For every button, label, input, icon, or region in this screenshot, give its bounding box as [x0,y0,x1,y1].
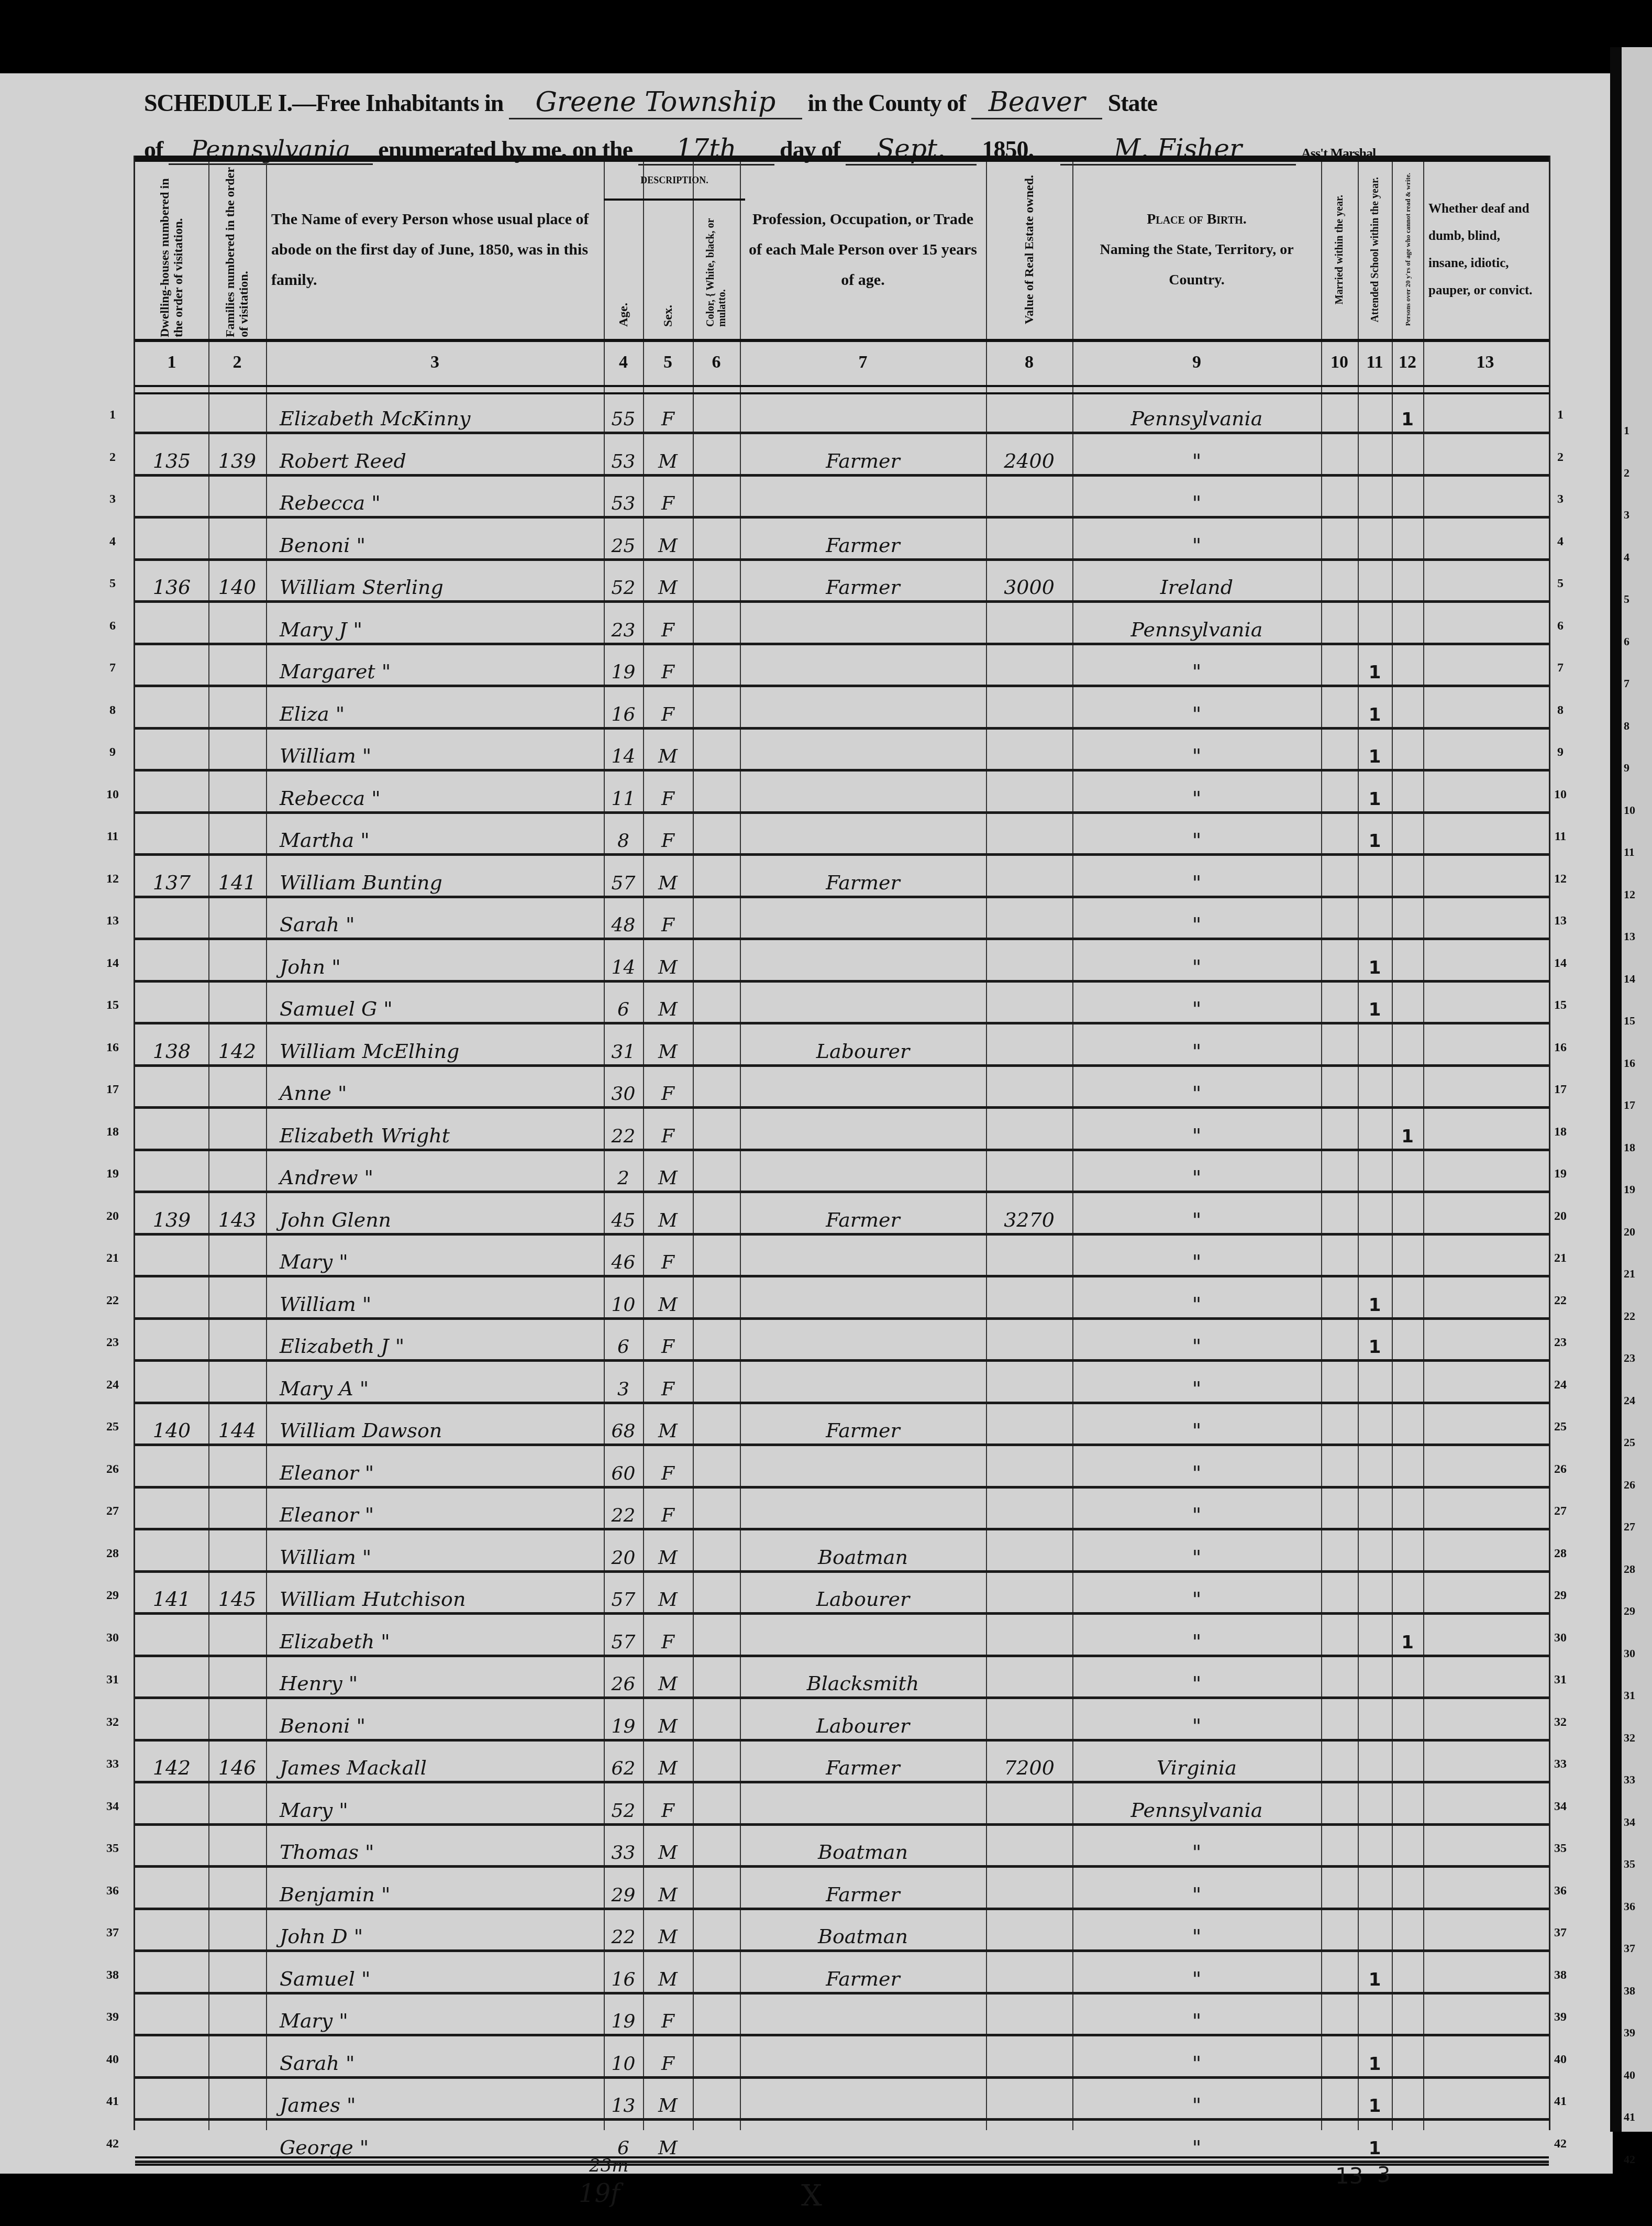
table-row: John D "22MBoatman" [135,1910,1549,1952]
cell-dwelling [135,1320,208,1361]
cell-birthplace: Pennsylvania [1072,1784,1321,1825]
township-field: Greene Township [509,86,802,119]
colnum-2: 2 [208,344,266,381]
cell-sex: M [643,1657,693,1698]
cell-occupation: Farmer [740,1404,986,1445]
cell-occupation: Farmer [740,435,986,476]
cell-dwelling [135,519,208,560]
cell-family [208,477,266,517]
cell-illiterate [1392,1278,1423,1319]
header-birthplace: Place of Birth. Naming the State, Territ… [1072,162,1321,337]
cell-name: Benoni " [266,519,604,560]
cell-school [1358,1067,1392,1108]
line-number-right: 19 [1550,1167,1571,1181]
row-rule [135,1064,1549,1067]
cell-name: John D " [266,1910,604,1951]
cell-birthplace: " [1072,983,1321,1023]
line-number-right: 11 [1550,830,1571,844]
cell-occupation [740,1320,986,1361]
line-number: 4 [102,535,123,549]
line-number: 14 [102,956,123,971]
cell-dwelling [135,1868,208,1909]
cell-name: Henry " [266,1657,604,1698]
colnum-3: 3 [266,344,604,381]
cell-illiterate [1392,1025,1423,1066]
adjacent-line-number: 40 [1624,2068,1635,2082]
cell-real-estate [986,392,1072,433]
cell-dwelling: 137 [135,856,208,897]
table-row: 137141William Bunting57MFarmer" [135,856,1549,898]
row-rule [135,643,1549,645]
tally-mark-x: X [801,2179,822,2213]
adjacent-line-number: 13 [1624,930,1635,943]
cell-school [1358,603,1392,644]
line-number: 28 [102,1547,123,1561]
cell-sex: F [643,1067,693,1108]
cell-real-estate [986,983,1072,1023]
cell-age: 11 [604,772,643,813]
description-rule [604,199,745,201]
cell-real-estate [986,603,1072,644]
cell-name: George " [266,2121,604,2162]
adjacent-line-number: 6 [1624,635,1629,648]
table-row: Anne "30F" [135,1067,1549,1109]
cell-illiterate [1392,1489,1423,1529]
line-number-right: 37 [1550,1926,1571,1940]
tally-females: 19f [579,2179,620,2208]
line-number: 37 [102,1926,123,1940]
adjacent-line-number: 18 [1624,1141,1635,1154]
table-row: Samuel "16MFarmer"1 [135,1953,1549,1994]
cell-family [208,772,266,813]
cell-sex: M [643,1573,693,1614]
line-number-right: 15 [1550,998,1571,1012]
cell-age: 31 [604,1025,643,1066]
cell-age: 6 [604,983,643,1023]
line-number-right: 14 [1550,956,1571,971]
cell-birthplace: " [1072,1994,1321,2035]
cell-sex: F [643,2037,693,2078]
cell-occupation [740,1362,986,1403]
line-number-right: 29 [1550,1589,1571,1603]
census-table: Dwelling-houses numbered in the order of… [134,156,1550,2130]
row-rule [135,1486,1549,1489]
cell-school [1358,1025,1392,1066]
cell-age: 48 [604,898,643,939]
line-number-right: 3 [1550,492,1571,506]
cell-birthplace: " [1072,1025,1321,1066]
cell-age: 29 [604,1868,643,1909]
table-row: John "14M"1 [135,941,1549,983]
header-infirmity: Whether deaf and dumb, blind, insane, id… [1423,162,1547,337]
cell-illiterate [1392,941,1423,982]
cell-real-estate [986,1067,1072,1108]
cell-birthplace: " [1072,2121,1321,2162]
cell-dwelling [135,2079,208,2120]
cell-illiterate [1392,1742,1423,1782]
line-number-right: 38 [1550,1968,1571,1982]
adjacent-line-number: 26 [1624,1478,1635,1492]
line-number-right: 21 [1550,1251,1571,1265]
cell-name: Elizabeth " [266,1615,604,1656]
cell-age: 55 [604,392,643,433]
cell-occupation: Farmer [740,1953,986,1993]
cell-birthplace: " [1072,1910,1321,1951]
cell-birthplace: " [1072,1404,1321,1445]
cell-name: William McElhing [266,1025,604,1066]
table-row: Mary A "3F" [135,1362,1549,1404]
cell-dwelling [135,730,208,770]
row-rule [135,558,1549,561]
cell-illiterate: 1 [1392,1615,1423,1656]
table-row: Mary "52FPennsylvania [135,1784,1549,1826]
line-number-right: 26 [1550,1462,1571,1476]
adjacent-line-number: 33 [1624,1773,1635,1787]
line-number-right: 6 [1550,619,1571,633]
adjacent-line-number: 9 [1624,761,1629,775]
cell-school [1358,1531,1392,1572]
row-rule [135,938,1549,940]
cell-family [208,1067,266,1108]
cell-school [1358,1826,1392,1867]
cell-illiterate [1392,645,1423,686]
line-number: 7 [102,661,123,675]
cell-occupation [740,898,986,939]
cell-sex: F [643,814,693,855]
cell-occupation [740,1784,986,1825]
cell-occupation [740,1278,986,1319]
line-number: 39 [102,2010,123,2024]
cell-real-estate: 3270 [986,1194,1072,1235]
cell-school [1358,1236,1392,1276]
table-row: Benjamin "29MFarmer" [135,1868,1549,1910]
cell-family [208,941,266,982]
cell-illiterate [1392,688,1423,729]
cell-illiterate [1392,1953,1423,1993]
cell-school [1358,1784,1392,1825]
table-row: Samuel G "6M"1 [135,983,1549,1024]
cell-family [208,392,266,433]
cell-sex: M [643,1953,693,1993]
cell-occupation [740,1067,986,1108]
line-number: 2 [102,450,123,465]
cell-illiterate [1392,898,1423,939]
cell-occupation [740,1489,986,1529]
cell-real-estate [986,941,1072,982]
table-row: 138142William McElhing31MLabourer" [135,1025,1549,1067]
line-number-right: 18 [1550,1125,1571,1139]
cell-name: Andrew " [266,1151,604,1192]
cell-name: William Dawson [266,1404,604,1445]
table-row: Eleanor "22F" [135,1489,1549,1530]
cell-birthplace: Pennsylvania [1072,603,1321,644]
cell-name: William " [266,1531,604,1572]
row-rule [135,2076,1549,2079]
cell-dwelling [135,1953,208,1993]
line-number: 35 [102,1842,123,1856]
row-rule [135,1106,1549,1109]
row-rule [135,432,1549,434]
cell-name: James " [266,2079,604,2120]
row-rule [135,853,1549,856]
cell-age: 2 [604,1151,643,1192]
cell-family [208,1953,266,1993]
cell-occupation [740,2121,986,2162]
cell-age: 62 [604,1742,643,1782]
cell-real-estate [986,1025,1072,1066]
cell-school: 1 [1358,1278,1392,1319]
cell-age: 25 [604,519,643,560]
cell-sex: M [643,1531,693,1572]
row-rule [135,1191,1549,1193]
line-number-right: 12 [1550,872,1571,886]
cell-occupation [740,1994,986,2035]
cell-family [208,1868,266,1909]
cell-family: 140 [208,561,266,602]
cell-name: William " [266,730,604,770]
cell-name: Samuel G " [266,983,604,1023]
row-rule [135,1528,1549,1530]
cell-school [1358,1194,1392,1235]
cell-illiterate [1392,856,1423,897]
adjacent-line-number: 1 [1624,424,1629,437]
table-row: Sarah "10F"1 [135,2037,1549,2079]
adjacent-line-number: 8 [1624,719,1629,733]
adjacent-line-number: 28 [1624,1562,1635,1576]
adjacent-line-number: 15 [1624,1014,1635,1028]
line-number-right: 22 [1550,1294,1571,1308]
cell-age: 57 [604,1573,643,1614]
row-rule [135,1022,1549,1024]
cell-sex: F [643,1236,693,1276]
cell-school: 1 [1358,772,1392,813]
adjacent-line-number: 34 [1624,1815,1635,1829]
cell-birthplace: " [1072,688,1321,729]
cell-school [1358,392,1392,433]
header-school: Attended School within the year. [1358,162,1392,337]
cell-age: 22 [604,1910,643,1951]
cell-family [208,1994,266,2035]
cell-dwelling [135,1910,208,1951]
cell-real-estate [986,1531,1072,1572]
colnum-9: 9 [1072,344,1321,381]
cell-real-estate [986,730,1072,770]
cell-family [208,688,266,729]
cell-name: Samuel " [266,1953,604,1993]
cell-dwelling [135,1278,208,1319]
cell-name: Mary A " [266,1362,604,1403]
table-row: 139143John Glenn45MFarmer3270" [135,1194,1549,1236]
cell-illiterate [1392,1826,1423,1867]
cell-sex: M [643,561,693,602]
cell-birthplace: " [1072,1615,1321,1656]
adjacent-line-number: 7 [1624,677,1629,690]
cell-family: 144 [208,1404,266,1445]
cell-real-estate [986,1489,1072,1529]
cell-name: John " [266,941,604,982]
cell-birthplace: " [1072,1194,1321,1235]
line-number: 5 [102,577,123,591]
table-row: Rebecca "11F"1 [135,772,1549,814]
school-total: 13 [1335,2163,1363,2189]
cell-school [1358,1868,1392,1909]
line-number: 30 [102,1631,123,1645]
cell-illiterate [1392,772,1423,813]
table-row: Thomas "33MBoatman" [135,1826,1549,1868]
cell-family: 141 [208,856,266,897]
cell-real-estate [986,1615,1072,1656]
cell-school: 1 [1358,983,1392,1023]
cell-dwelling [135,1109,208,1150]
cell-name: Rebecca " [266,772,604,813]
line-number-right: 4 [1550,535,1571,549]
cell-occupation [740,392,986,433]
cell-name: William Sterling [266,561,604,602]
adjacent-line-number: 5 [1624,592,1629,606]
cell-occupation: Labourer [740,1025,986,1066]
row-rule [135,980,1549,983]
adjacent-line-number: 41 [1624,2110,1635,2124]
cell-real-estate [986,1910,1072,1951]
cell-age: 57 [604,856,643,897]
line-number: 40 [102,2053,123,2067]
cell-school [1358,1742,1392,1782]
cell-school [1358,1700,1392,1740]
cell-occupation: Farmer [740,519,986,560]
header-name: The Name of every Person whose usual pla… [266,162,604,337]
cell-dwelling [135,1700,208,1740]
cell-occupation: Farmer [740,1742,986,1782]
table-row: Rebecca "53F" [135,477,1549,519]
header-real-estate: Value of Real Estate owned. [986,162,1072,337]
cell-school [1358,477,1392,517]
cell-real-estate [986,856,1072,897]
cell-age: 33 [604,1826,643,1867]
header-top-rule [135,156,1549,162]
cell-illiterate [1392,730,1423,770]
cell-birthplace: " [1072,1531,1321,1572]
row-rule [135,896,1549,898]
cell-family [208,1615,266,1656]
cell-family [208,1657,266,1698]
cell-school [1358,1404,1392,1445]
cell-occupation [740,603,986,644]
cell-dwelling: 135 [135,435,208,476]
cell-illiterate: 1 [1392,392,1423,433]
header-age: Age. [604,203,643,337]
cell-sex: M [643,1910,693,1951]
cell-school [1358,1994,1392,2035]
cell-school: 1 [1358,941,1392,982]
table-row: 141145William Hutchison57MLabourer" [135,1573,1549,1615]
cell-sex: M [643,1278,693,1319]
table-row: Elizabeth J "6F"1 [135,1320,1549,1362]
row-rule [135,1865,1549,1868]
line-number-right: 39 [1550,2010,1571,2024]
colnum-4: 4 [604,344,643,381]
cell-dwelling [135,1784,208,1825]
adjacent-line-number: 3 [1624,508,1629,522]
cell-dwelling [135,1826,208,1867]
row-rule [135,1443,1549,1446]
line-number: 23 [102,1336,123,1350]
cell-illiterate [1392,477,1423,517]
cell-age: 23 [604,603,643,644]
header-description-group: DESCRIPTION. [604,162,745,199]
row-rule [135,727,1549,730]
cell-illiterate [1392,1868,1423,1909]
cell-dwelling [135,688,208,729]
cell-sex: F [643,898,693,939]
line-number: 18 [102,1125,123,1139]
cell-real-estate [986,1404,1072,1445]
colnum-13: 13 [1423,344,1547,381]
adjacent-line-number: 36 [1624,1900,1635,1913]
cell-name: Mary " [266,1994,604,2035]
cell-dwelling [135,983,208,1023]
table-row: William "10M"1 [135,1278,1549,1320]
cell-dwelling [135,2037,208,2078]
cell-occupation [740,814,986,855]
adjacent-line-number: 11 [1624,845,1635,859]
cell-real-estate [986,1320,1072,1361]
line-number: 22 [102,1294,123,1308]
row-rule [135,474,1549,477]
cell-illiterate [1392,1447,1423,1487]
cell-birthplace: " [1072,1109,1321,1150]
cell-dwelling [135,1236,208,1276]
cell-age: 68 [604,1404,643,1445]
table-row: Martha "8F"1 [135,814,1549,856]
cell-sex: F [643,392,693,433]
cell-real-estate [986,2121,1072,2162]
line-number-right: 10 [1550,788,1571,802]
cell-school: 1 [1358,688,1392,729]
cell-age: 46 [604,1236,643,1276]
cell-occupation [740,941,986,982]
cell-occupation [740,1447,986,1487]
header-dwelling: Dwelling-houses numbered in the order of… [135,162,208,337]
cell-illiterate [1392,2121,1423,2162]
adjacent-line-number: 38 [1624,1984,1635,1998]
cell-occupation [740,2037,986,2078]
line-number: 8 [102,703,123,718]
state-label: State [1108,90,1158,116]
row-rule [135,811,1549,814]
cell-family [208,898,266,939]
adjacent-line-number: 23 [1624,1351,1635,1365]
tally-males: 23m [589,2155,629,2176]
cell-birthplace: " [1072,2079,1321,2120]
cell-real-estate [986,688,1072,729]
line-number-right: 34 [1550,1800,1571,1814]
cell-family [208,1826,266,1867]
cell-illiterate [1392,1067,1423,1108]
cell-illiterate [1392,1994,1423,2035]
cell-age: 16 [604,688,643,729]
row-rule [135,1233,1549,1236]
header-bottom-rule [135,339,1549,342]
illiterate-total: 3 [1377,2163,1390,2187]
line-number: 6 [102,619,123,633]
table-row: Eleanor "60F" [135,1447,1549,1489]
cell-sex: M [643,1025,693,1066]
cell-age: 22 [604,1109,643,1150]
cell-family [208,1489,266,1529]
cell-dwelling [135,1994,208,2035]
row-rule [135,600,1549,603]
row-rule [135,1317,1549,1320]
